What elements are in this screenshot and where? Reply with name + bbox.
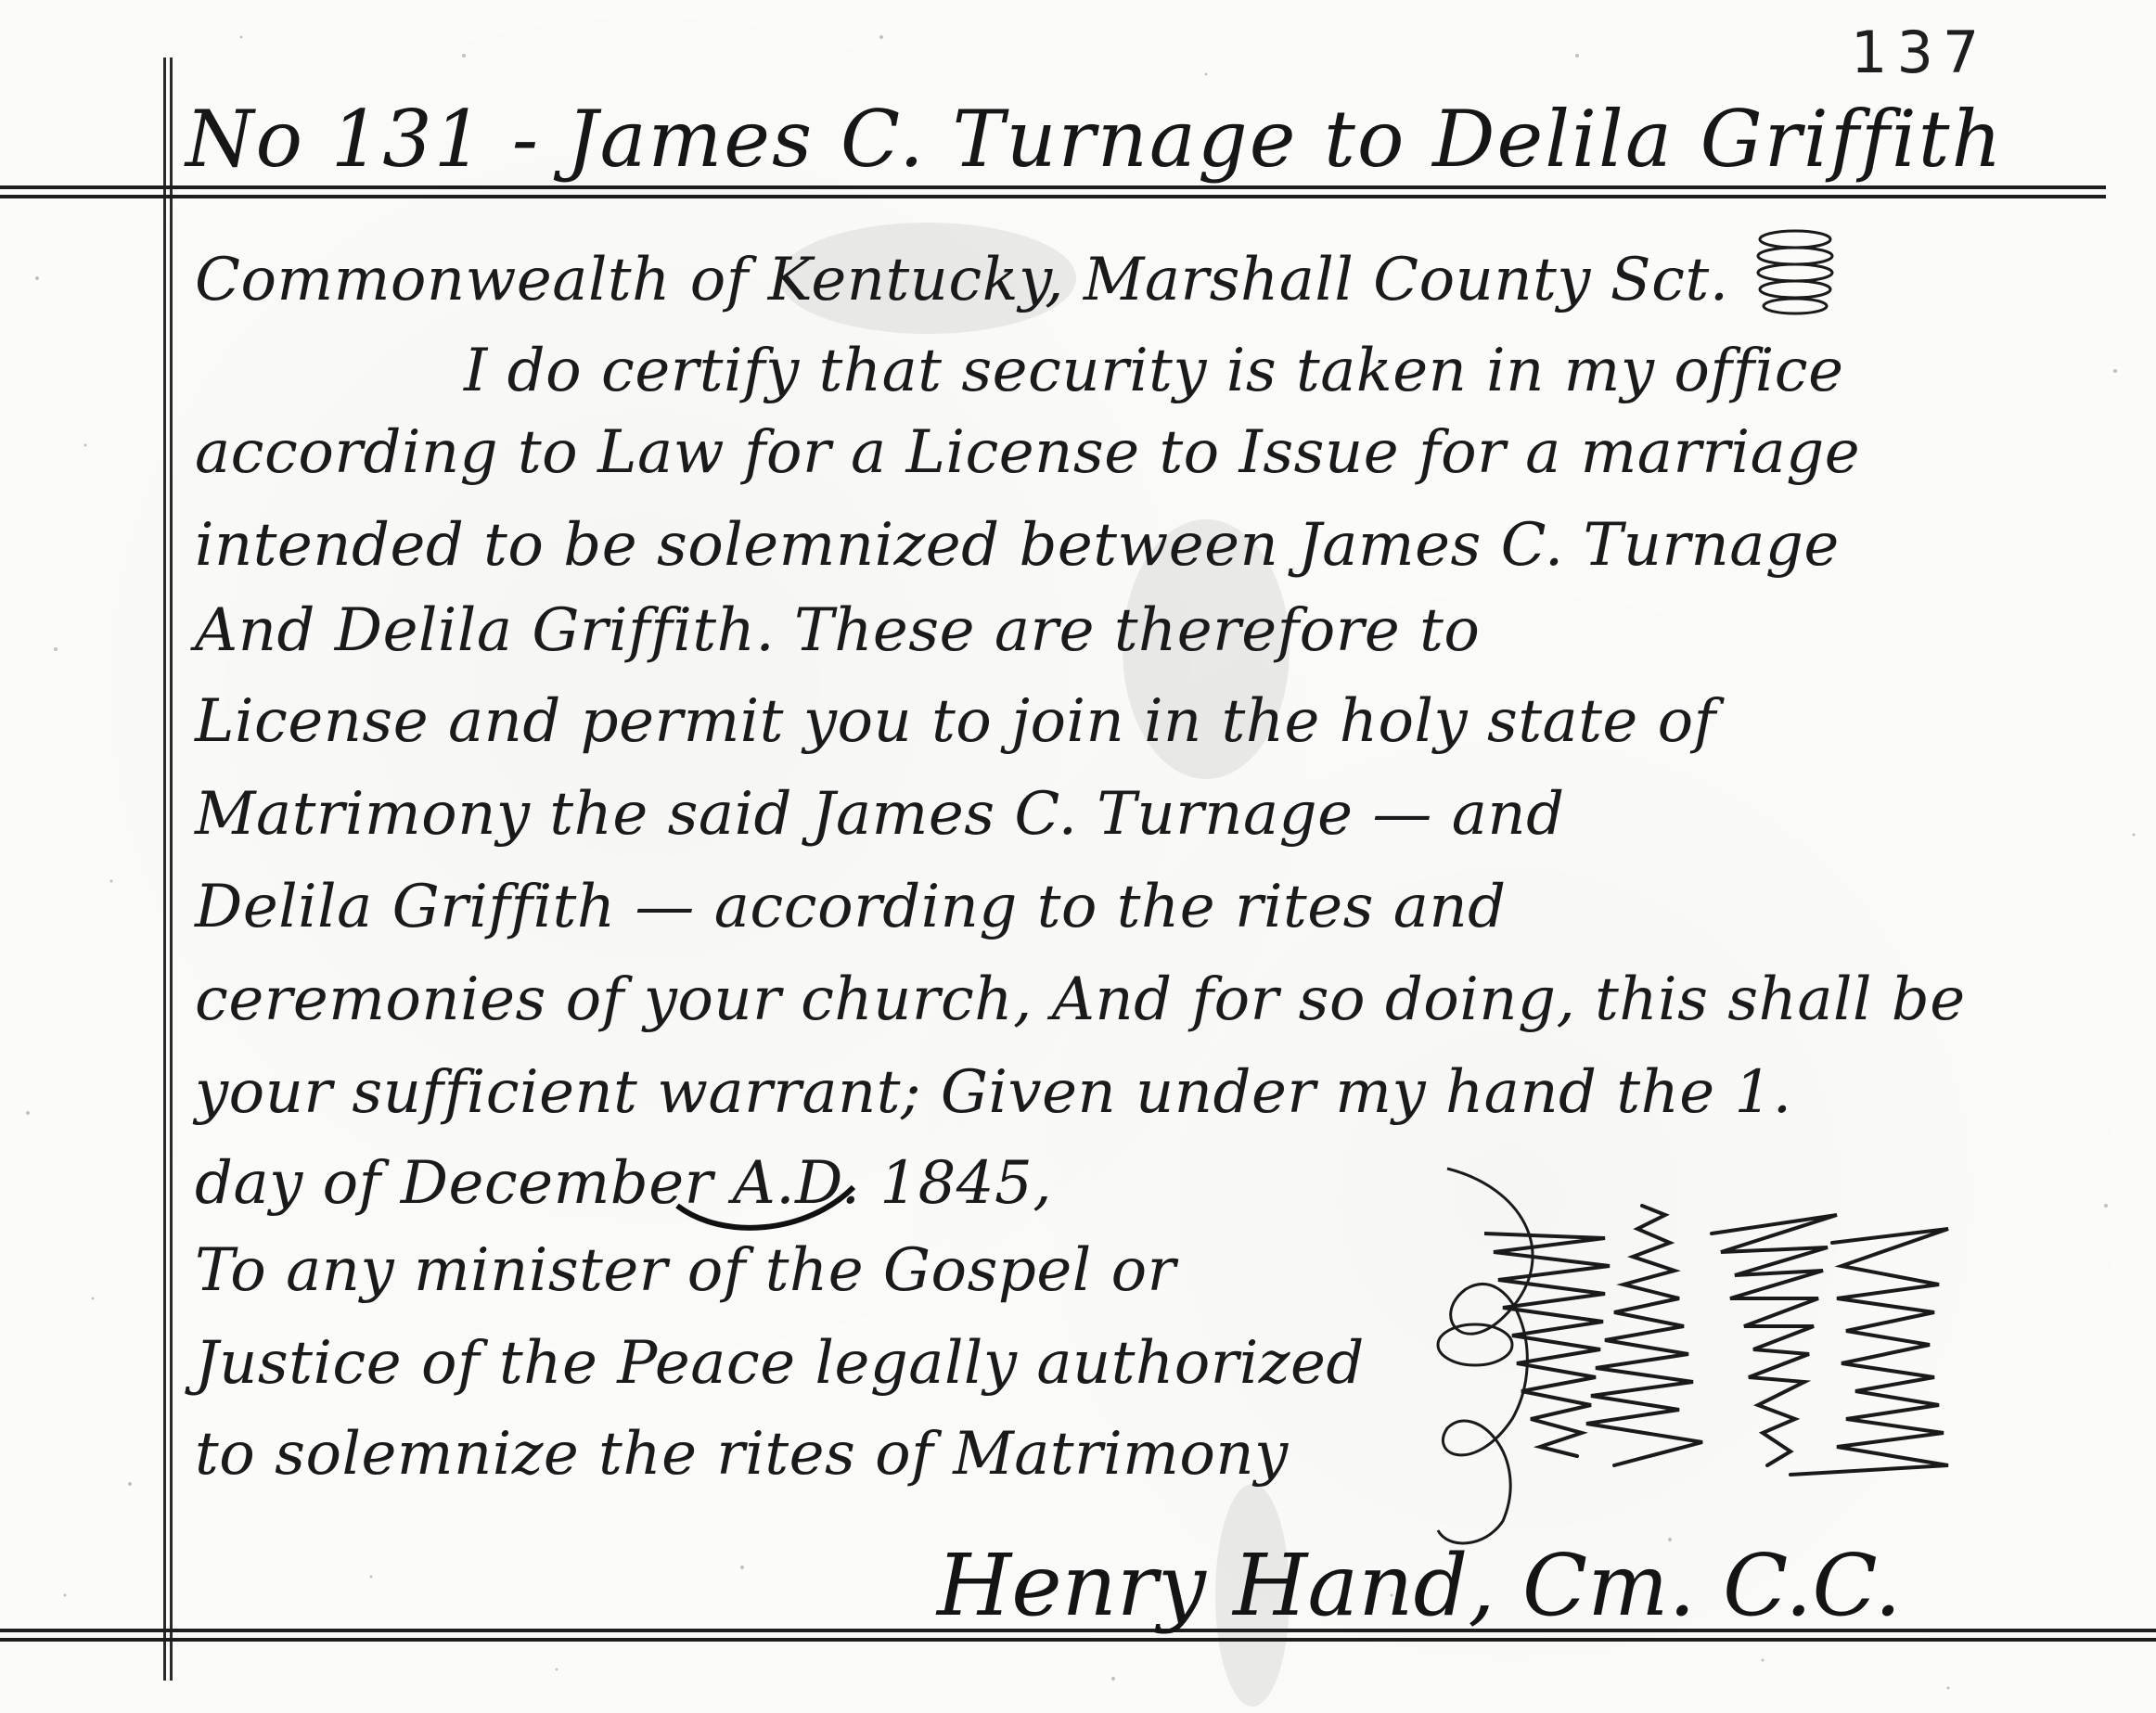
body-line-2: I do certify that security is taken in m… bbox=[464, 334, 1843, 408]
clerk-signature: Henry Hand, Cm. C.C. bbox=[937, 1540, 1902, 1632]
body-line-3: according to Law for a License to Issue … bbox=[195, 415, 1860, 490]
body-line-4: intended to be solemnized between James … bbox=[195, 508, 1840, 582]
body-line-10: your sufficient warrant; Given under my … bbox=[195, 1055, 1792, 1130]
line-filler-zigzag-flourish-icon bbox=[1484, 1196, 2134, 1502]
header-double-rule bbox=[0, 185, 2106, 198]
body-line-11: day of December A.D. 1845, bbox=[195, 1146, 1052, 1221]
body-line-5: And Delila Griffith. These are therefore… bbox=[195, 594, 1480, 668]
record-title: No 131 - James C. Turnage to Delila Grif… bbox=[186, 93, 2004, 185]
left-margin-double-rule bbox=[163, 58, 173, 1681]
ledger-page: 137 No 131 - James C. Turnage to Delila … bbox=[0, 0, 2156, 1713]
body-line-14: to solemnize the rites of Matrimony bbox=[195, 1417, 1289, 1491]
body-line-1: Commonwealth of Kentucky, Marshall Count… bbox=[195, 243, 1729, 317]
page-number: 137 bbox=[1851, 19, 1988, 86]
body-line-6: License and permit you to join in the ho… bbox=[195, 684, 1716, 759]
december-underline-swash-icon bbox=[668, 1169, 872, 1243]
body-line-13: Justice of the Peace legally authorized bbox=[195, 1326, 1365, 1400]
body-line-12: To any minister of the Gospel or bbox=[195, 1234, 1176, 1308]
county-scroll-flourish-icon bbox=[1744, 223, 1846, 325]
body-line-7: Matrimony the said James C. Turnage — an… bbox=[195, 777, 1565, 851]
body-line-9: ceremonies of your church, And for so do… bbox=[195, 963, 1966, 1037]
body-line-8: Delila Griffith — according to the rites… bbox=[195, 870, 1507, 944]
